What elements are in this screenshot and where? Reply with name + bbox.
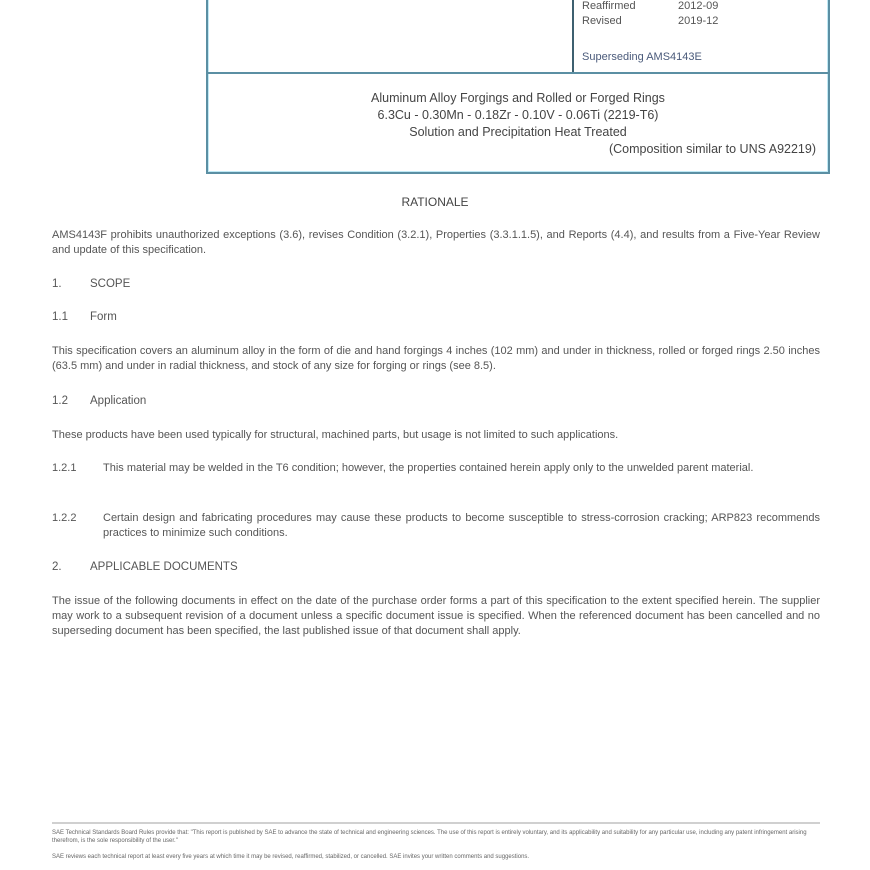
meta-revised: Revised2019-12 — [582, 15, 718, 27]
section-1-2-heading: 1.2Application — [52, 395, 146, 407]
section-number: 1.2.1 — [52, 461, 102, 476]
header-meta-panel: Reaffirmed2012-09 Revised2019-12 Superse… — [572, 0, 832, 72]
footer-notice-1: SAE Technical Standards Board Rules prov… — [52, 829, 820, 845]
superseding-note: Superseding AMS4143E — [582, 51, 702, 63]
meta-reaffirmed: Reaffirmed2012-09 — [582, 0, 718, 12]
rationale-heading: RATIONALE — [0, 195, 870, 209]
section-1-2-2: 1.2.2 Certain design and fabricating pro… — [52, 511, 820, 541]
section-title: SCOPE — [90, 278, 130, 290]
meta-label: Revised — [582, 15, 678, 27]
title-line: Aluminum Alloy Forgings and Rolled or Fo… — [208, 90, 828, 107]
section-title: Form — [90, 311, 117, 323]
section-2-heading: 2.APPLICABLE DOCUMENTS — [52, 561, 238, 573]
footer-notice-2: SAE reviews each technical report at lea… — [52, 853, 820, 861]
meta-value: 2012-09 — [678, 0, 718, 12]
section-1-1-text: This specification covers an aluminum al… — [52, 344, 820, 374]
document-header-box: Reaffirmed2012-09 Revised2019-12 Superse… — [206, 0, 830, 174]
section-title: APPLICABLE DOCUMENTS — [90, 561, 238, 573]
section-2-text: The issue of the following documents in … — [52, 594, 820, 639]
section-title: Application — [90, 395, 146, 407]
title-line: 6.3Cu - 0.30Mn - 0.18Zr - 0.10V - 0.06Ti… — [208, 107, 828, 124]
section-text: Certain design and fabricating procedure… — [103, 511, 820, 541]
section-number: 1.1 — [52, 311, 90, 323]
document-title: Aluminum Alloy Forgings and Rolled or Fo… — [208, 90, 828, 158]
section-1-heading: 1.SCOPE — [52, 278, 130, 290]
section-number: 1.2.2 — [52, 511, 102, 526]
footer-divider — [52, 822, 820, 824]
meta-value: 2019-12 — [678, 15, 718, 27]
section-1-1-heading: 1.1Form — [52, 311, 117, 323]
section-number: 1. — [52, 278, 90, 290]
rationale-text: AMS4143F prohibits unauthorized exceptio… — [52, 228, 820, 258]
composition-note: (Composition similar to UNS A92219) — [208, 141, 828, 158]
section-number: 2. — [52, 561, 90, 573]
section-number: 1.2 — [52, 395, 90, 407]
section-1-2-text: These products have been used typically … — [52, 428, 820, 443]
section-1-2-1: 1.2.1 This material may be welded in the… — [52, 461, 820, 476]
meta-label: Reaffirmed — [582, 0, 678, 12]
title-line: Solution and Precipitation Heat Treated — [208, 124, 828, 141]
section-text: This material may be welded in the T6 co… — [103, 461, 820, 476]
header-top-section: Reaffirmed2012-09 Revised2019-12 Superse… — [208, 0, 828, 74]
